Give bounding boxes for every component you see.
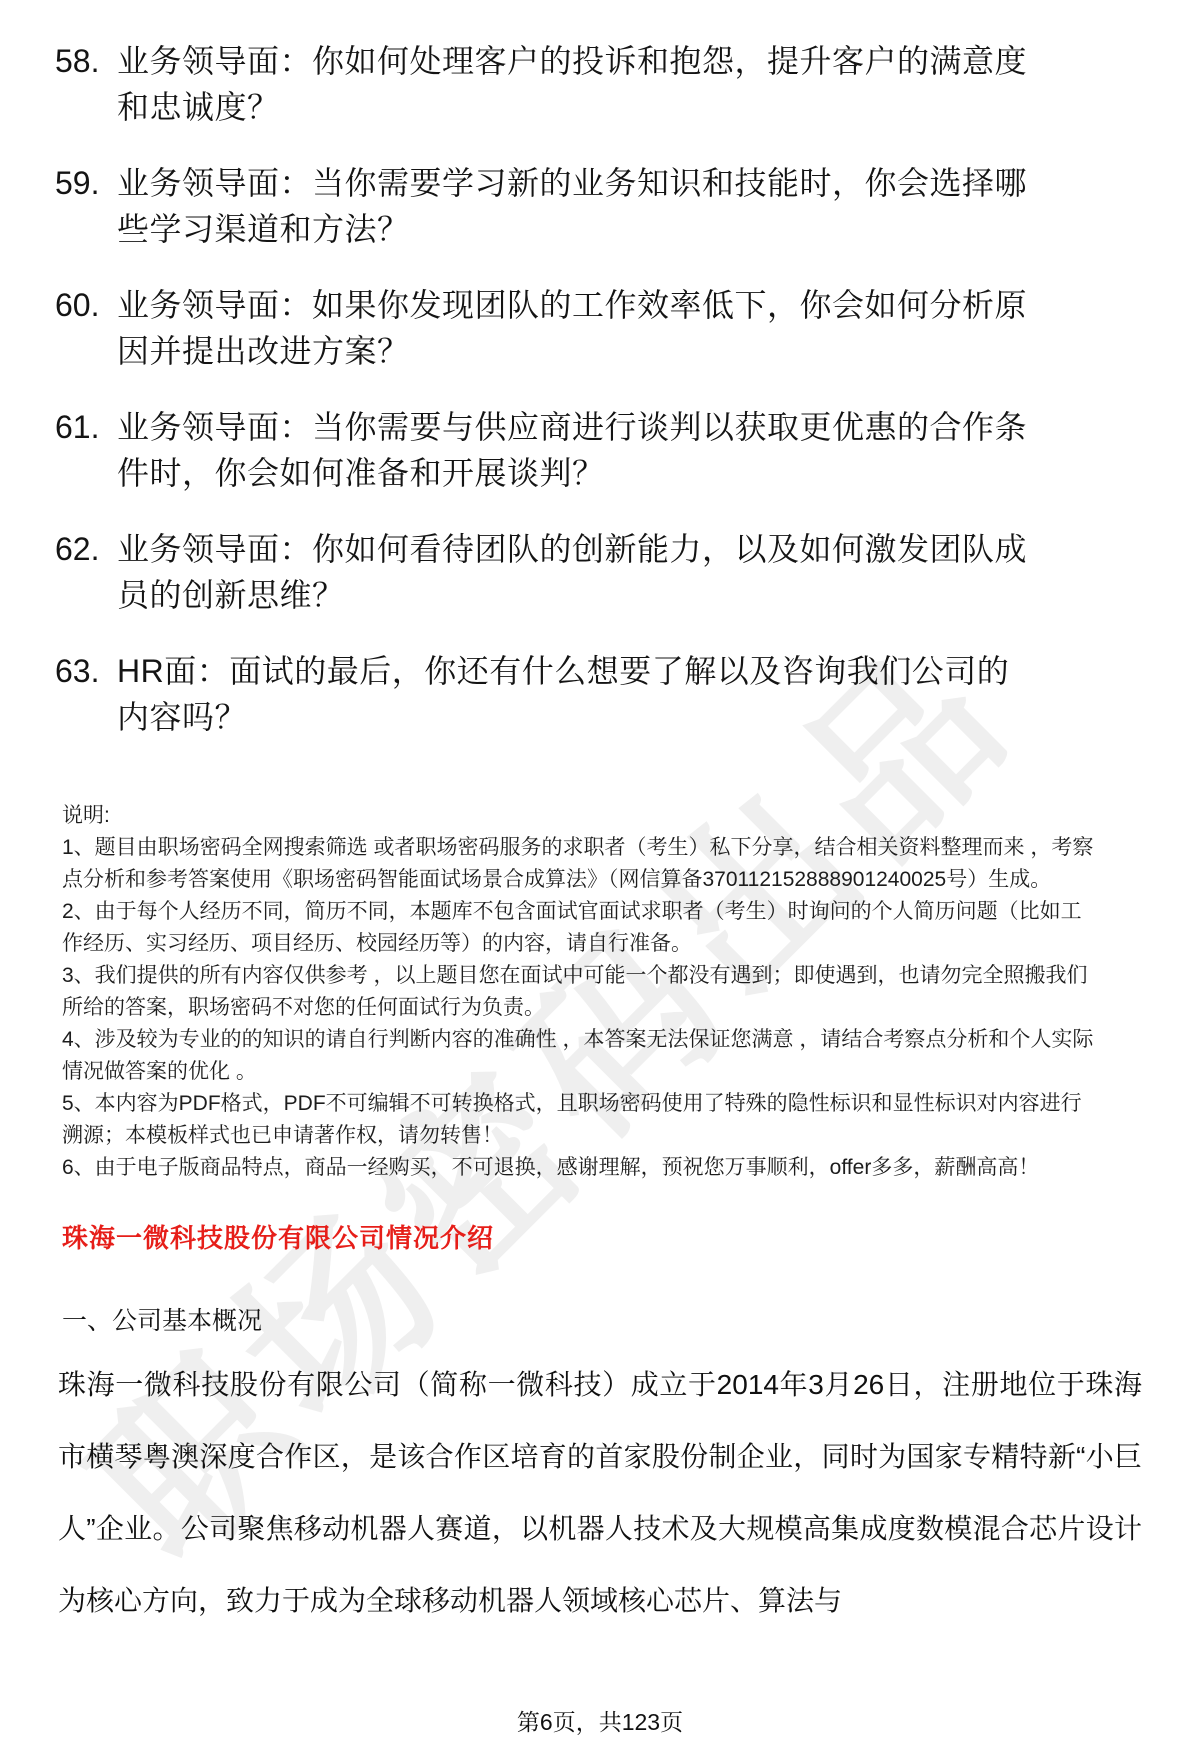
page-number-footer: 第6页，共123页 xyxy=(0,1704,1200,1737)
question-item-60: 60. 业务领导面：如果你发现团队的工作效率低下，你会如何分析原因并提出改进方案… xyxy=(55,282,1140,374)
question-number: 62. xyxy=(55,526,117,618)
question-item-62: 62. 业务领导面：你如何看待团队的创新能力，以及如何激发团队成员的创新思维？ xyxy=(55,526,1140,618)
question-number: 58. xyxy=(55,38,117,130)
question-number: 60. xyxy=(55,282,117,374)
question-text: 业务领导面：如果你发现团队的工作效率低下，你会如何分析原因并提出改进方案？ xyxy=(117,282,1037,374)
question-text: 业务领导面：当你需要学习新的业务知识和技能时，你会选择哪些学习渠道和方法？ xyxy=(117,160,1037,252)
question-item-61: 61. 业务领导面：当你需要与供应商进行谈判以获取更优惠的合作条件时，你会如何准… xyxy=(55,404,1140,496)
company-intro-paragraph: 珠海一微科技股份有限公司（简称一微科技）成立于2014年3月26日，注册地位于珠… xyxy=(58,1349,1142,1637)
company-heading: 珠海一微科技股份有限公司情况介绍 xyxy=(62,1218,1200,1255)
question-item-59: 59. 业务领导面：当你需要学习新的业务知识和技能时，你会选择哪些学习渠道和方法… xyxy=(55,160,1140,252)
company-section-title: 一、公司基本概况 xyxy=(62,1301,1200,1337)
question-text: 业务领导面：你如何处理客户的投诉和抱怨，提升客户的满意度和忠诚度？ xyxy=(117,38,1037,130)
note-item-5: 5、本内容为PDF格式，PDF不可编辑不可转换格式，且职场密码使用了特殊的隐性标… xyxy=(62,1088,1102,1152)
question-list: 58. 业务领导面：你如何处理客户的投诉和抱怨，提升客户的满意度和忠诚度？ 59… xyxy=(0,0,1200,740)
question-text: HR面：面试的最后，你还有什么想要了解以及咨询我们公司的内容吗？ xyxy=(117,648,1037,740)
question-number: 63. xyxy=(55,648,117,740)
question-text: 业务领导面：当你需要与供应商进行谈判以获取更优惠的合作条件时，你会如何准备和开展… xyxy=(117,404,1037,496)
note-item-6: 6、由于电子版商品特点，商品一经购买，不可退换，感谢理解，预祝您万事顺利，off… xyxy=(62,1152,1102,1184)
question-number: 59. xyxy=(55,160,117,252)
notes-title: 说明: xyxy=(62,800,1102,832)
question-number: 61. xyxy=(55,404,117,496)
note-item-1: 1、题目由职场密码全网搜索筛选 或者职场密码服务的求职者（考生）私下分享，结合相… xyxy=(62,832,1102,896)
question-item-58: 58. 业务领导面：你如何处理客户的投诉和抱怨，提升客户的满意度和忠诚度？ xyxy=(55,38,1140,130)
document-page: 职场密码出品 58. 业务领导面：你如何处理客户的投诉和抱怨，提升客户的满意度和… xyxy=(0,0,1200,1755)
note-item-4: 4、涉及较为专业的的知识的请自行判断内容的准确性 ，本答案无法保证您满意 ，请结… xyxy=(62,1024,1102,1088)
notes-section: 说明: 1、题目由职场密码全网搜索筛选 或者职场密码服务的求职者（考生）私下分享… xyxy=(62,800,1102,1184)
page-content: 58. 业务领导面：你如何处理客户的投诉和抱怨，提升客户的满意度和忠诚度？ 59… xyxy=(0,0,1200,1637)
note-item-3: 3、我们提供的所有内容仅供参考 ，以上题目您在面试中可能一个都没有遇到；即使遇到… xyxy=(62,960,1102,1024)
question-item-63: 63. HR面：面试的最后，你还有什么想要了解以及咨询我们公司的内容吗？ xyxy=(55,648,1140,740)
note-item-2: 2、由于每个人经历不同，简历不同，本题库不包含面试官面试求职者（考生）时询问的个… xyxy=(62,896,1102,960)
question-text: 业务领导面：你如何看待团队的创新能力，以及如何激发团队成员的创新思维？ xyxy=(117,526,1037,618)
